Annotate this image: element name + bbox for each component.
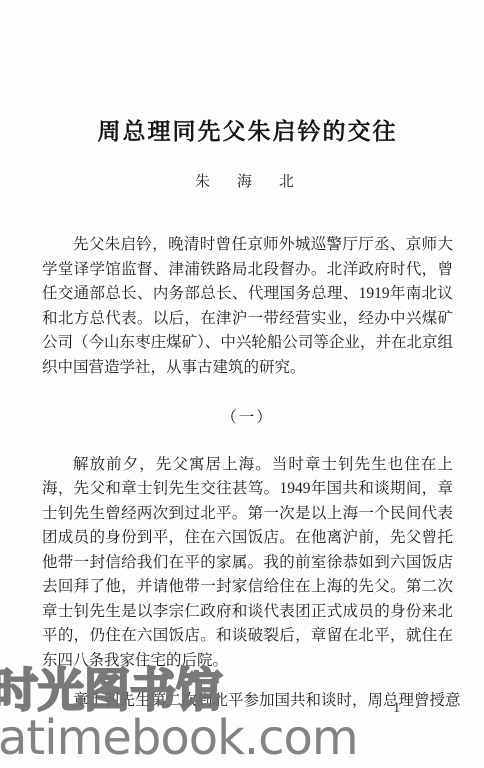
scanned-book-page: 周总理同先父朱启钤的交往 朱 海 北 先父朱启钤，晚清时曾任京师外城巡警厅厅丞、… [0,0,484,768]
paragraph-section-one: 解放前夕，先父寓居上海。当时章士钊先生也住在上海，先父和章士钊先生交往甚笃。19… [42,453,453,674]
section-marker: （一） [42,406,453,431]
page-content: 周总理同先父朱启钤的交往 朱 海 北 先父朱启钤，晚清时曾任京师外城巡警厅厅丞、… [42,0,453,729]
paragraph-intro: 先父朱启钤，晚清时曾任京师外城巡警厅厅丞、京师大学堂译学馆监督、津浦铁路局北段督… [42,233,453,380]
page-number: · 1 · [374,701,420,717]
author-name: 朱 海 北 [42,170,453,191]
page-title: 周总理同先父朱启钤的交往 [42,118,453,144]
